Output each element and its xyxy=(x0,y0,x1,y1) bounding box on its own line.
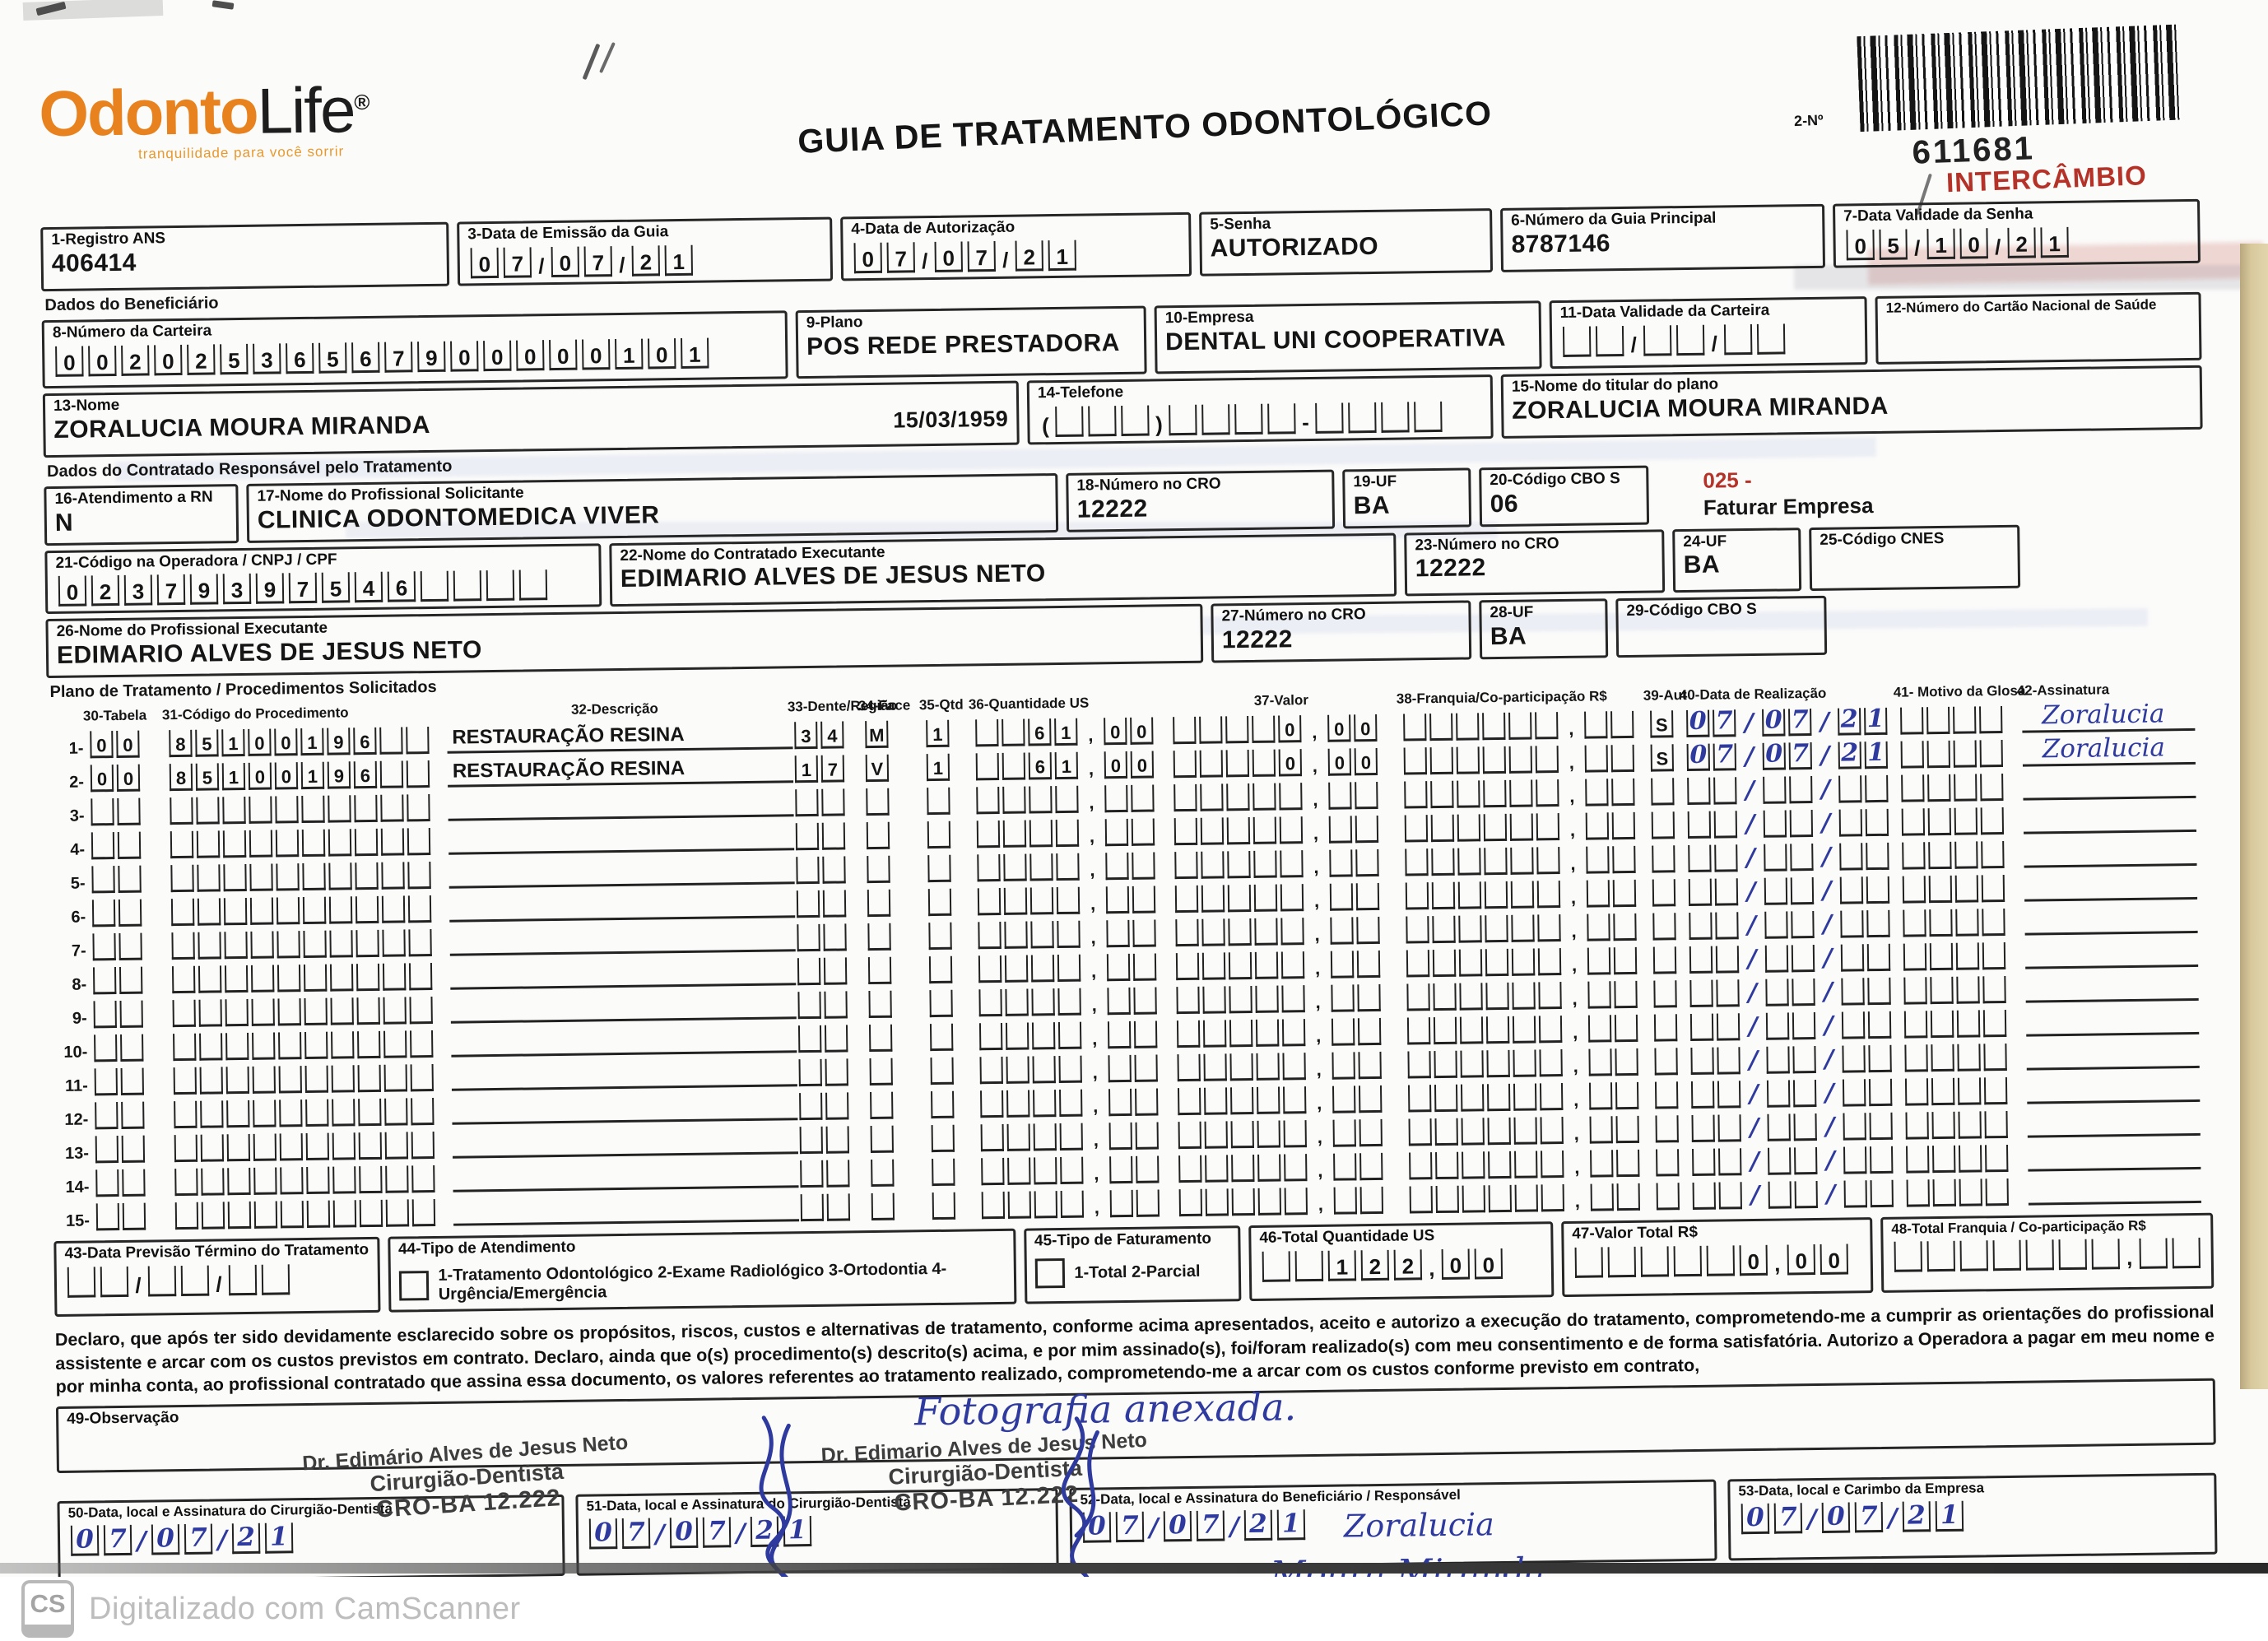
face-comb xyxy=(867,956,927,984)
tabela-comb xyxy=(94,1135,173,1163)
data-autorizacao-comb: 07/07/21 xyxy=(852,240,1079,274)
quantidade-us-comb: 61,00 xyxy=(974,718,1171,747)
assinatura-handwriting xyxy=(2023,796,2196,798)
codigo-procedimento-comb xyxy=(170,963,450,993)
valor-comb: , xyxy=(1174,984,1405,1015)
field-codigo-operadora: 21-Código na Operadora / CNPJ / CPF 0237… xyxy=(44,543,602,615)
field-registro-ans: 1-Registro ANS 406414 xyxy=(40,222,449,291)
data-realizacao-comb: // xyxy=(1686,843,1900,872)
motivo-glosa-comb xyxy=(1902,942,2025,971)
field-label: 3-Data de Emissão da Guia xyxy=(467,222,821,244)
odontolife-logo: OdontoLife® tranquilidade para você sorr… xyxy=(38,28,500,164)
qtd-comb xyxy=(927,889,976,917)
camscanner-text: Digitalizado com CamScanner xyxy=(89,1592,521,1627)
beneficiario-nascimento: 15/03/1959 xyxy=(893,406,1009,434)
assinatura-handwriting xyxy=(2028,1133,2201,1136)
field-label: 25-Código CNES xyxy=(1820,529,2009,549)
codigo-procedimento-comb xyxy=(172,1098,452,1128)
quantidade-us-comb: , xyxy=(977,988,1174,1017)
field-value: 06 xyxy=(1490,487,1638,518)
tabela-comb: 00 xyxy=(88,731,167,759)
field-value: 8787146 xyxy=(1511,226,1814,260)
field-value: DENTAL UNI COOPERATIVA xyxy=(1165,323,1531,357)
franquia-comb: , xyxy=(1408,1183,1655,1214)
franquia-comb: , xyxy=(1407,1116,1654,1146)
field-numero-guia-principal: 6-Número da Guia Principal 8787146 xyxy=(1500,204,1825,272)
field-value: 12222 xyxy=(1415,551,1654,584)
valor-comb: , xyxy=(1174,951,1405,981)
qtd-comb xyxy=(931,1192,980,1220)
qtd-comb xyxy=(930,1159,979,1187)
validade-senha-comb: 05/10/21 xyxy=(1843,227,2070,261)
descricao-cell: RESTAURAÇÃO RESINA xyxy=(447,723,792,754)
qtd-comb xyxy=(926,821,975,849)
scanner-bed-edge xyxy=(2240,244,2268,1389)
scanned-form-sheet: OdontoLife® tranquilidade para você sorr… xyxy=(38,6,2217,1583)
codigo-procedimento-comb xyxy=(168,794,448,825)
aut-comb xyxy=(1650,811,1686,839)
codigo-procedimento-comb xyxy=(169,862,448,892)
descricao-value: RESTAURAÇÃO RESINA xyxy=(448,756,793,785)
field-label: 16-Atendimento a RN xyxy=(54,489,227,509)
row-number: 8- xyxy=(50,976,91,996)
field-value: AUTORIZADO xyxy=(1210,230,1481,263)
face-comb xyxy=(864,788,925,816)
carteira-comb: 00202536567900000101 xyxy=(53,337,711,376)
tipo-faturamento-checkbox xyxy=(1034,1258,1064,1288)
assinatura-cell: Zoralucia xyxy=(2022,732,2195,767)
tabela-comb: 00 xyxy=(89,765,168,793)
codigo-procedimento-comb xyxy=(170,997,450,1027)
data-realizacao-comb: // xyxy=(1689,1079,1903,1109)
codigo-procedimento-comb xyxy=(172,1064,452,1095)
field-label: 44-Tipo de Atendimento xyxy=(398,1234,1005,1259)
motivo-glosa-comb xyxy=(1903,1010,2026,1039)
row-number: 12- xyxy=(52,1111,93,1131)
col-header-face: 34-Face xyxy=(858,698,919,715)
row-number: 4- xyxy=(49,841,90,861)
assinatura-handwriting xyxy=(2029,1201,2201,1203)
field-label: 7-Data Validade da Senha xyxy=(1843,204,2189,225)
face-comb xyxy=(867,1058,928,1085)
field-label: 20-Código CBO S xyxy=(1490,470,1638,489)
motivo-glosa-comb xyxy=(1905,1178,2029,1207)
field-total-franquia: 48-Total Franquia / Co-participação R$ , xyxy=(1880,1213,2214,1293)
franquia-comb: , xyxy=(1405,947,1652,978)
tabela-comb xyxy=(91,900,170,927)
assinatura-handwriting xyxy=(2024,863,2197,866)
franquia-comb: , xyxy=(1406,1015,1652,1045)
codigo-procedimento-comb xyxy=(171,1030,451,1061)
row-number: 11- xyxy=(52,1077,93,1097)
motivo-glosa-comb xyxy=(1899,706,2022,735)
dente-regiao-comb xyxy=(799,1193,870,1221)
dente-regiao-comb xyxy=(797,1025,867,1053)
aut-comb xyxy=(1652,946,1688,974)
field-total-quantidade-us: 46-Total Quantidade US 122,00 xyxy=(1248,1222,1554,1302)
data-realizacao-comb: // xyxy=(1691,1180,1905,1210)
data-realizacao-comb: // xyxy=(1686,809,1900,839)
telefone-comb: ()- xyxy=(1038,402,1444,437)
data-emissao-comb: 07/07/21 xyxy=(468,245,695,279)
form-header: OdontoLife® tranquilidade para você sorr… xyxy=(38,6,2200,222)
quantidade-us-comb: , xyxy=(975,853,1173,882)
data-realizacao-comb: // xyxy=(1687,910,1901,940)
col-header-qtd: 35-Qtd xyxy=(919,697,969,714)
field-senha: 5-Senha AUTORIZADO xyxy=(1199,208,1493,277)
field-data-autorizacao: 4-Data de Autorização 07/07/21 xyxy=(840,212,1192,281)
field-nome-titular: 15-Nome do titular do plano ZORALUCIA MO… xyxy=(1501,365,2203,439)
data-realizacao-comb: 07/07/21 xyxy=(1685,741,1899,771)
descricao-cell: RESTAURAÇÃO RESINA xyxy=(448,756,793,788)
franquia-comb: , xyxy=(1403,812,1650,843)
logo-text-odonto: Odonto xyxy=(39,75,258,150)
field-value: N xyxy=(55,506,228,538)
descricao-value: RESTAURAÇÃO RESINA xyxy=(447,723,792,751)
field-label: 48-Total Franquia / Co-participação R$ xyxy=(1891,1218,2202,1238)
valor-comb: , xyxy=(1173,849,1403,880)
field-label: 12-Número do Cartão Nacional de Saúde xyxy=(1886,297,2191,317)
aut-comb xyxy=(1650,845,1686,873)
tabela-comb xyxy=(94,1169,173,1197)
quantidade-us-comb: , xyxy=(975,819,1173,848)
col-header-motivo-glosa: 41- Motivo da Glosa xyxy=(1894,683,2017,701)
valor-comb: 0,00 xyxy=(1171,714,1401,745)
motivo-glosa-comb xyxy=(1901,875,2024,904)
assinatura-handwriting xyxy=(2028,1167,2201,1169)
row-number: 9- xyxy=(51,1010,92,1030)
face-comb xyxy=(869,1159,930,1187)
aut-comb xyxy=(1651,913,1687,941)
valor-comb: , xyxy=(1176,1085,1406,1116)
field-label: 19-UF xyxy=(1353,472,1460,491)
valor-comb: , xyxy=(1172,782,1402,812)
field-label: 11-Data Validade da Carteira xyxy=(1560,301,1857,323)
field-label: 24-UF xyxy=(1683,532,1790,551)
dente-regiao-comb xyxy=(794,822,865,850)
barcode xyxy=(1857,25,2181,132)
field-tipo-faturamento: 45-Tipo de Faturamento 1-Total 2-Parcial xyxy=(1024,1226,1242,1304)
tabela-comb xyxy=(91,967,170,995)
annotation-code: 025 - xyxy=(1703,466,1873,494)
quantidade-us-comb: , xyxy=(977,954,1174,983)
field-uf-profissional: 28-UF BA xyxy=(1479,599,1608,660)
qtd-comb xyxy=(928,1024,978,1052)
quantidade-us-comb: , xyxy=(976,886,1174,916)
motivo-glosa-comb xyxy=(1900,841,2024,870)
row-number: 2- xyxy=(48,774,89,793)
field-cartao-nacional-saude: 12-Número do Cartão Nacional de Saúde xyxy=(1875,292,2201,365)
carimbo-empresa-data-comb: 07/07/21 xyxy=(1739,1501,1966,1535)
row-number: 1- xyxy=(47,740,88,760)
previsao-termino-comb: // xyxy=(65,1264,292,1298)
codigo-procedimento-comb xyxy=(170,895,449,926)
valor-comb: , xyxy=(1174,917,1404,947)
dente-regiao-comb xyxy=(795,923,866,951)
qtd-comb xyxy=(925,788,974,816)
face-comb xyxy=(866,923,927,951)
aut-comb xyxy=(1652,1014,1689,1042)
field-label: 53-Data, local e Carimbo da Empresa xyxy=(1738,1478,2205,1499)
descricao-value xyxy=(453,1218,799,1224)
franquia-comb: , xyxy=(1405,981,1652,1011)
field-cnes: 25-Código CNES xyxy=(1809,524,2020,591)
aut-comb xyxy=(1654,1149,1690,1177)
assinatura-cell: Zoralucia xyxy=(2022,699,2195,733)
dente-regiao-comb: 34 xyxy=(792,721,863,749)
data-realizacao-comb: // xyxy=(1690,1146,1904,1176)
field-cro-solicitante: 18-Número no CRO 12222 xyxy=(1066,469,1335,532)
assinatura-handwriting xyxy=(2027,1066,2200,1068)
face-comb xyxy=(867,990,927,1018)
codigo-procedimento-comb xyxy=(173,1165,453,1196)
valor-comb: , xyxy=(1174,883,1404,913)
motivo-glosa-comb xyxy=(1903,1044,2026,1072)
franquia-comb: , xyxy=(1402,779,1649,809)
assinatura-handwriting xyxy=(2025,931,2198,933)
codigo-procedimento-comb xyxy=(170,929,449,960)
face-comb: M xyxy=(863,720,924,748)
qtd-comb xyxy=(927,923,976,951)
assinatura-handwriting xyxy=(2026,1032,2199,1034)
faturar-empresa-annotation: 025 - Faturar Empresa xyxy=(1703,463,1874,524)
motivo-glosa-comb xyxy=(1899,774,2023,802)
descricao-cell xyxy=(453,1218,799,1226)
field-cbo-solicitante: 20-Código CBO S 06 xyxy=(1479,465,1649,527)
quantidade-us-comb: , xyxy=(979,1123,1177,1152)
face-comb xyxy=(870,1192,931,1220)
franquia-comb: , xyxy=(1402,745,1649,775)
dente-regiao-comb xyxy=(798,1126,869,1154)
row-number: 10- xyxy=(51,1044,92,1063)
tabela-comb xyxy=(92,1001,171,1029)
data-realizacao-comb: // xyxy=(1689,1045,1903,1075)
dente-regiao-comb xyxy=(796,991,867,1019)
qtd-comb xyxy=(926,855,975,883)
tabela-comb xyxy=(93,1101,172,1129)
field-previsao-termino: 43-Data Previsão Término do Tratamento /… xyxy=(53,1237,380,1317)
total-franquia-comb: , xyxy=(1892,1238,2203,1272)
qtd-comb xyxy=(930,1125,979,1153)
field-profissional-solicitante: 17-Nome do Profissional Solicitante CLIN… xyxy=(246,473,1058,543)
quantidade-us-comb: , xyxy=(979,1156,1177,1186)
col-header-dente: 33-Dente/Região xyxy=(788,699,858,716)
face-comb xyxy=(865,855,926,883)
aut-comb xyxy=(1653,1115,1689,1143)
field-profissional-executante: 26-Nome do Profissional Executante EDIMA… xyxy=(45,604,1203,678)
field-value: 12222 xyxy=(1222,623,1461,656)
qtd-comb xyxy=(927,990,977,1018)
data-realizacao-comb: // xyxy=(1689,1011,1903,1041)
row-number: 6- xyxy=(49,909,91,928)
field-label: 45-Tipo de Faturamento xyxy=(1034,1231,1230,1251)
field-value: 406414 xyxy=(52,244,439,279)
franquia-comb: , xyxy=(1404,913,1651,944)
tipo-atendimento-options: 1-Tratamento Odontológico 2-Exame Radiol… xyxy=(438,1259,1005,1304)
assinatura-handwriting xyxy=(2026,998,2199,1001)
field-cro-executante: 23-Número no CRO 12222 xyxy=(1404,529,1665,597)
field-cro-profissional: 27-Número no CRO 12222 xyxy=(1211,601,1471,663)
field-label: 21-Código na Operadora / CNPJ / CPF xyxy=(55,548,590,572)
codigo-procedimento-comb: 85100196 xyxy=(168,760,448,791)
aut-comb xyxy=(1653,1081,1689,1109)
aut-comb xyxy=(1652,1048,1689,1076)
face-comb xyxy=(869,1125,930,1153)
assinatura-handwriting xyxy=(2024,897,2197,900)
franquia-comb: , xyxy=(1404,880,1651,910)
field-label: 28-UF xyxy=(1490,604,1596,623)
motivo-glosa-comb xyxy=(1899,740,2023,769)
dente-regiao-comb xyxy=(797,1058,868,1086)
row-number: 15- xyxy=(53,1212,95,1232)
field-value: POS REDE PRESTADORA xyxy=(806,328,1136,362)
col-header-tabela: 30-Tabela xyxy=(83,708,162,725)
validade-carteira-comb: // xyxy=(1560,323,1787,357)
field-nome: 13-Nome ZORALUCIA MOURA MIRANDA 15/03/19… xyxy=(43,380,1020,457)
valor-comb: 0,00 xyxy=(1172,748,1402,779)
field-empresa: 10-Empresa DENTAL UNI COOPERATIVA xyxy=(1155,300,1542,374)
field-label: 43-Data Previsão Término do Tratamento xyxy=(64,1242,369,1263)
tabela-comb xyxy=(91,933,170,961)
dente-regiao-comb xyxy=(796,957,867,985)
face-comb xyxy=(868,1091,929,1119)
field-assinatura-beneficiario: 52-Data, local e Assinatura do Beneficiá… xyxy=(1069,1480,1717,1569)
field-cbo-profissional: 29-Código CBO S xyxy=(1615,596,1827,658)
col-header-quantidade-us: 36-Quantidade US xyxy=(969,695,1166,714)
field-telefone: 14-Telefone ()- xyxy=(1027,374,1494,444)
registered-mark: ® xyxy=(354,90,369,114)
field-label: 46-Total Quantidade US xyxy=(1259,1227,1542,1248)
codigo-procedimento-comb xyxy=(174,1199,453,1230)
assinatura-cirurgiao-1-data-comb: 07/07/21 xyxy=(68,1522,295,1556)
form-title: GUIA DE TRATAMENTO ODONTOLÓGICO xyxy=(497,0,1788,174)
barcode-block: 2-Nº 611681 INTERCÂMBIO xyxy=(1783,1,2201,205)
franquia-comb: , xyxy=(1406,1048,1652,1079)
beneficiario-nome: ZORALUCIA MOURA MIRANDA xyxy=(53,411,430,445)
row-totais: 43-Data Previsão Término do Tratamento /… xyxy=(53,1213,2214,1317)
dente-regiao-comb xyxy=(797,1092,868,1120)
field-label: 14-Telefone xyxy=(1038,379,1482,402)
row-number: 7- xyxy=(50,942,91,962)
procedures-table-body: 1- 00 85100196 RESTAURAÇÃO RESINA 34 M 1… xyxy=(47,697,2213,1231)
field-label: 52-Data, local e Assinatura do Beneficiá… xyxy=(1080,1485,1705,1509)
dente-regiao-comb xyxy=(794,856,865,884)
face-comb: V xyxy=(864,754,925,782)
logo-text-life: Life xyxy=(257,73,355,147)
field-value: BA xyxy=(1490,621,1597,653)
qtd-comb xyxy=(929,1091,978,1119)
field-validade-carteira: 11-Data Validade da Carteira // xyxy=(1550,296,1868,369)
aut-comb: S xyxy=(1648,710,1685,738)
qtd-comb: 1 xyxy=(925,754,974,782)
aut-comb xyxy=(1655,1183,1691,1211)
beneficiario-signature-line1: Zoralucia xyxy=(1344,1507,1494,1545)
field-uf-executante: 24-UF BA xyxy=(1672,528,1801,593)
valor-total-comb: 0,00 xyxy=(1572,1244,1850,1278)
total-quantidade-us-comb: 122,00 xyxy=(1260,1248,1505,1282)
data-realizacao-comb: // xyxy=(1688,944,1902,974)
field-value: BA xyxy=(1354,490,1461,521)
col-header-aut: 39-Aut xyxy=(1643,687,1680,704)
face-comb xyxy=(865,821,926,849)
aut-comb: S xyxy=(1649,744,1685,772)
codigo-procedimento-comb xyxy=(173,1132,453,1162)
motivo-glosa-comb xyxy=(1903,1111,2027,1140)
tabela-comb xyxy=(90,832,169,860)
assinatura-cell xyxy=(2029,1201,2201,1206)
col-header-data-realizacao: 40-Data de Realização xyxy=(1680,685,1894,704)
field-data-emissao: 3-Data de Emissão da Guia 07/07/21 xyxy=(457,217,833,286)
codigo-procedimento-comb xyxy=(169,828,448,858)
quantidade-us-comb: , xyxy=(974,785,1172,815)
field-contratado-executante: 22-Nome do Contratado Executante EDIMARI… xyxy=(609,532,1397,607)
data-realizacao-comb: // xyxy=(1685,775,1899,805)
field-validade-senha: 7-Data Validade da Senha 05/10/21 xyxy=(1833,199,2201,268)
valor-comb: , xyxy=(1175,1018,1406,1048)
assinatura-handwriting xyxy=(2025,965,2198,967)
franquia-comb: , xyxy=(1406,1082,1653,1113)
col-header-valor: 37-Valor xyxy=(1166,691,1397,711)
motivo-glosa-comb xyxy=(1901,909,2024,937)
field-tipo-atendimento: 44-Tipo de Atendimento 1-Tratamento Odon… xyxy=(388,1229,1016,1313)
franquia-comb: , xyxy=(1401,711,1648,741)
assinatura-handwriting: Zoralucia xyxy=(2022,732,2195,765)
quantidade-us-comb: , xyxy=(976,920,1174,950)
quantidade-us-comb: , xyxy=(978,1055,1175,1085)
field-label: 47-Valor Total R$ xyxy=(1572,1223,1861,1244)
quantidade-us-comb: 61,00 xyxy=(974,751,1172,781)
face-comb xyxy=(866,889,927,917)
codigo-procedimento-comb: 85100196 xyxy=(167,727,447,757)
row-number: 5- xyxy=(49,875,90,895)
field-atendimento-rn: 16-Atendimento a RN N xyxy=(44,484,239,546)
col-header-franquia: 38-Franquia/Co-participação R$ xyxy=(1397,688,1643,708)
qtd-comb xyxy=(927,956,977,984)
field-value: BA xyxy=(1684,550,1791,581)
field-plano: 9-Plano POS REDE PRESTADORA xyxy=(796,305,1147,378)
dente-regiao-comb xyxy=(793,788,864,816)
tabela-comb xyxy=(93,1067,172,1095)
valor-comb: , xyxy=(1177,1119,1407,1150)
camscanner-icon: CS xyxy=(21,1580,74,1638)
tabela-comb xyxy=(92,1034,171,1062)
valor-comb: , xyxy=(1175,1052,1406,1082)
aut-comb xyxy=(1652,980,1688,1008)
aut-comb xyxy=(1649,778,1685,806)
annotation-text: Faturar Empresa xyxy=(1703,493,1874,521)
dente-regiao-comb: 17 xyxy=(793,755,864,783)
data-realizacao-comb: // xyxy=(1688,978,1902,1007)
quantidade-us-comb: , xyxy=(978,1021,1175,1051)
field-valor-total: 47-Valor Total R$ 0,00 xyxy=(1561,1217,1873,1297)
assinatura-handwriting xyxy=(2027,1099,2200,1102)
aut-comb xyxy=(1651,879,1687,907)
data-realizacao-comb: 07/07/21 xyxy=(1685,708,1899,737)
col-header-assinatura: 42-Assinatura xyxy=(2017,681,2190,700)
row-number: 13- xyxy=(53,1145,94,1165)
camscanner-footer: CS Digitalizado com CamScanner xyxy=(0,1577,2268,1641)
field-value: 12222 xyxy=(1077,491,1324,524)
field-numero-carteira: 8-Número da Carteira 0020253656790000010… xyxy=(42,310,788,388)
motivo-glosa-comb xyxy=(1902,976,2025,1005)
assinatura-handwriting xyxy=(2024,830,2196,832)
motivo-glosa-comb xyxy=(1904,1145,2028,1174)
motivo-glosa-comb xyxy=(1900,807,2024,836)
qtd-comb: 1 xyxy=(924,720,974,748)
dente-regiao-comb xyxy=(798,1160,869,1188)
tipo-atendimento-checkbox xyxy=(398,1271,428,1300)
field-label: 29-Código CBO S xyxy=(1626,601,1815,621)
